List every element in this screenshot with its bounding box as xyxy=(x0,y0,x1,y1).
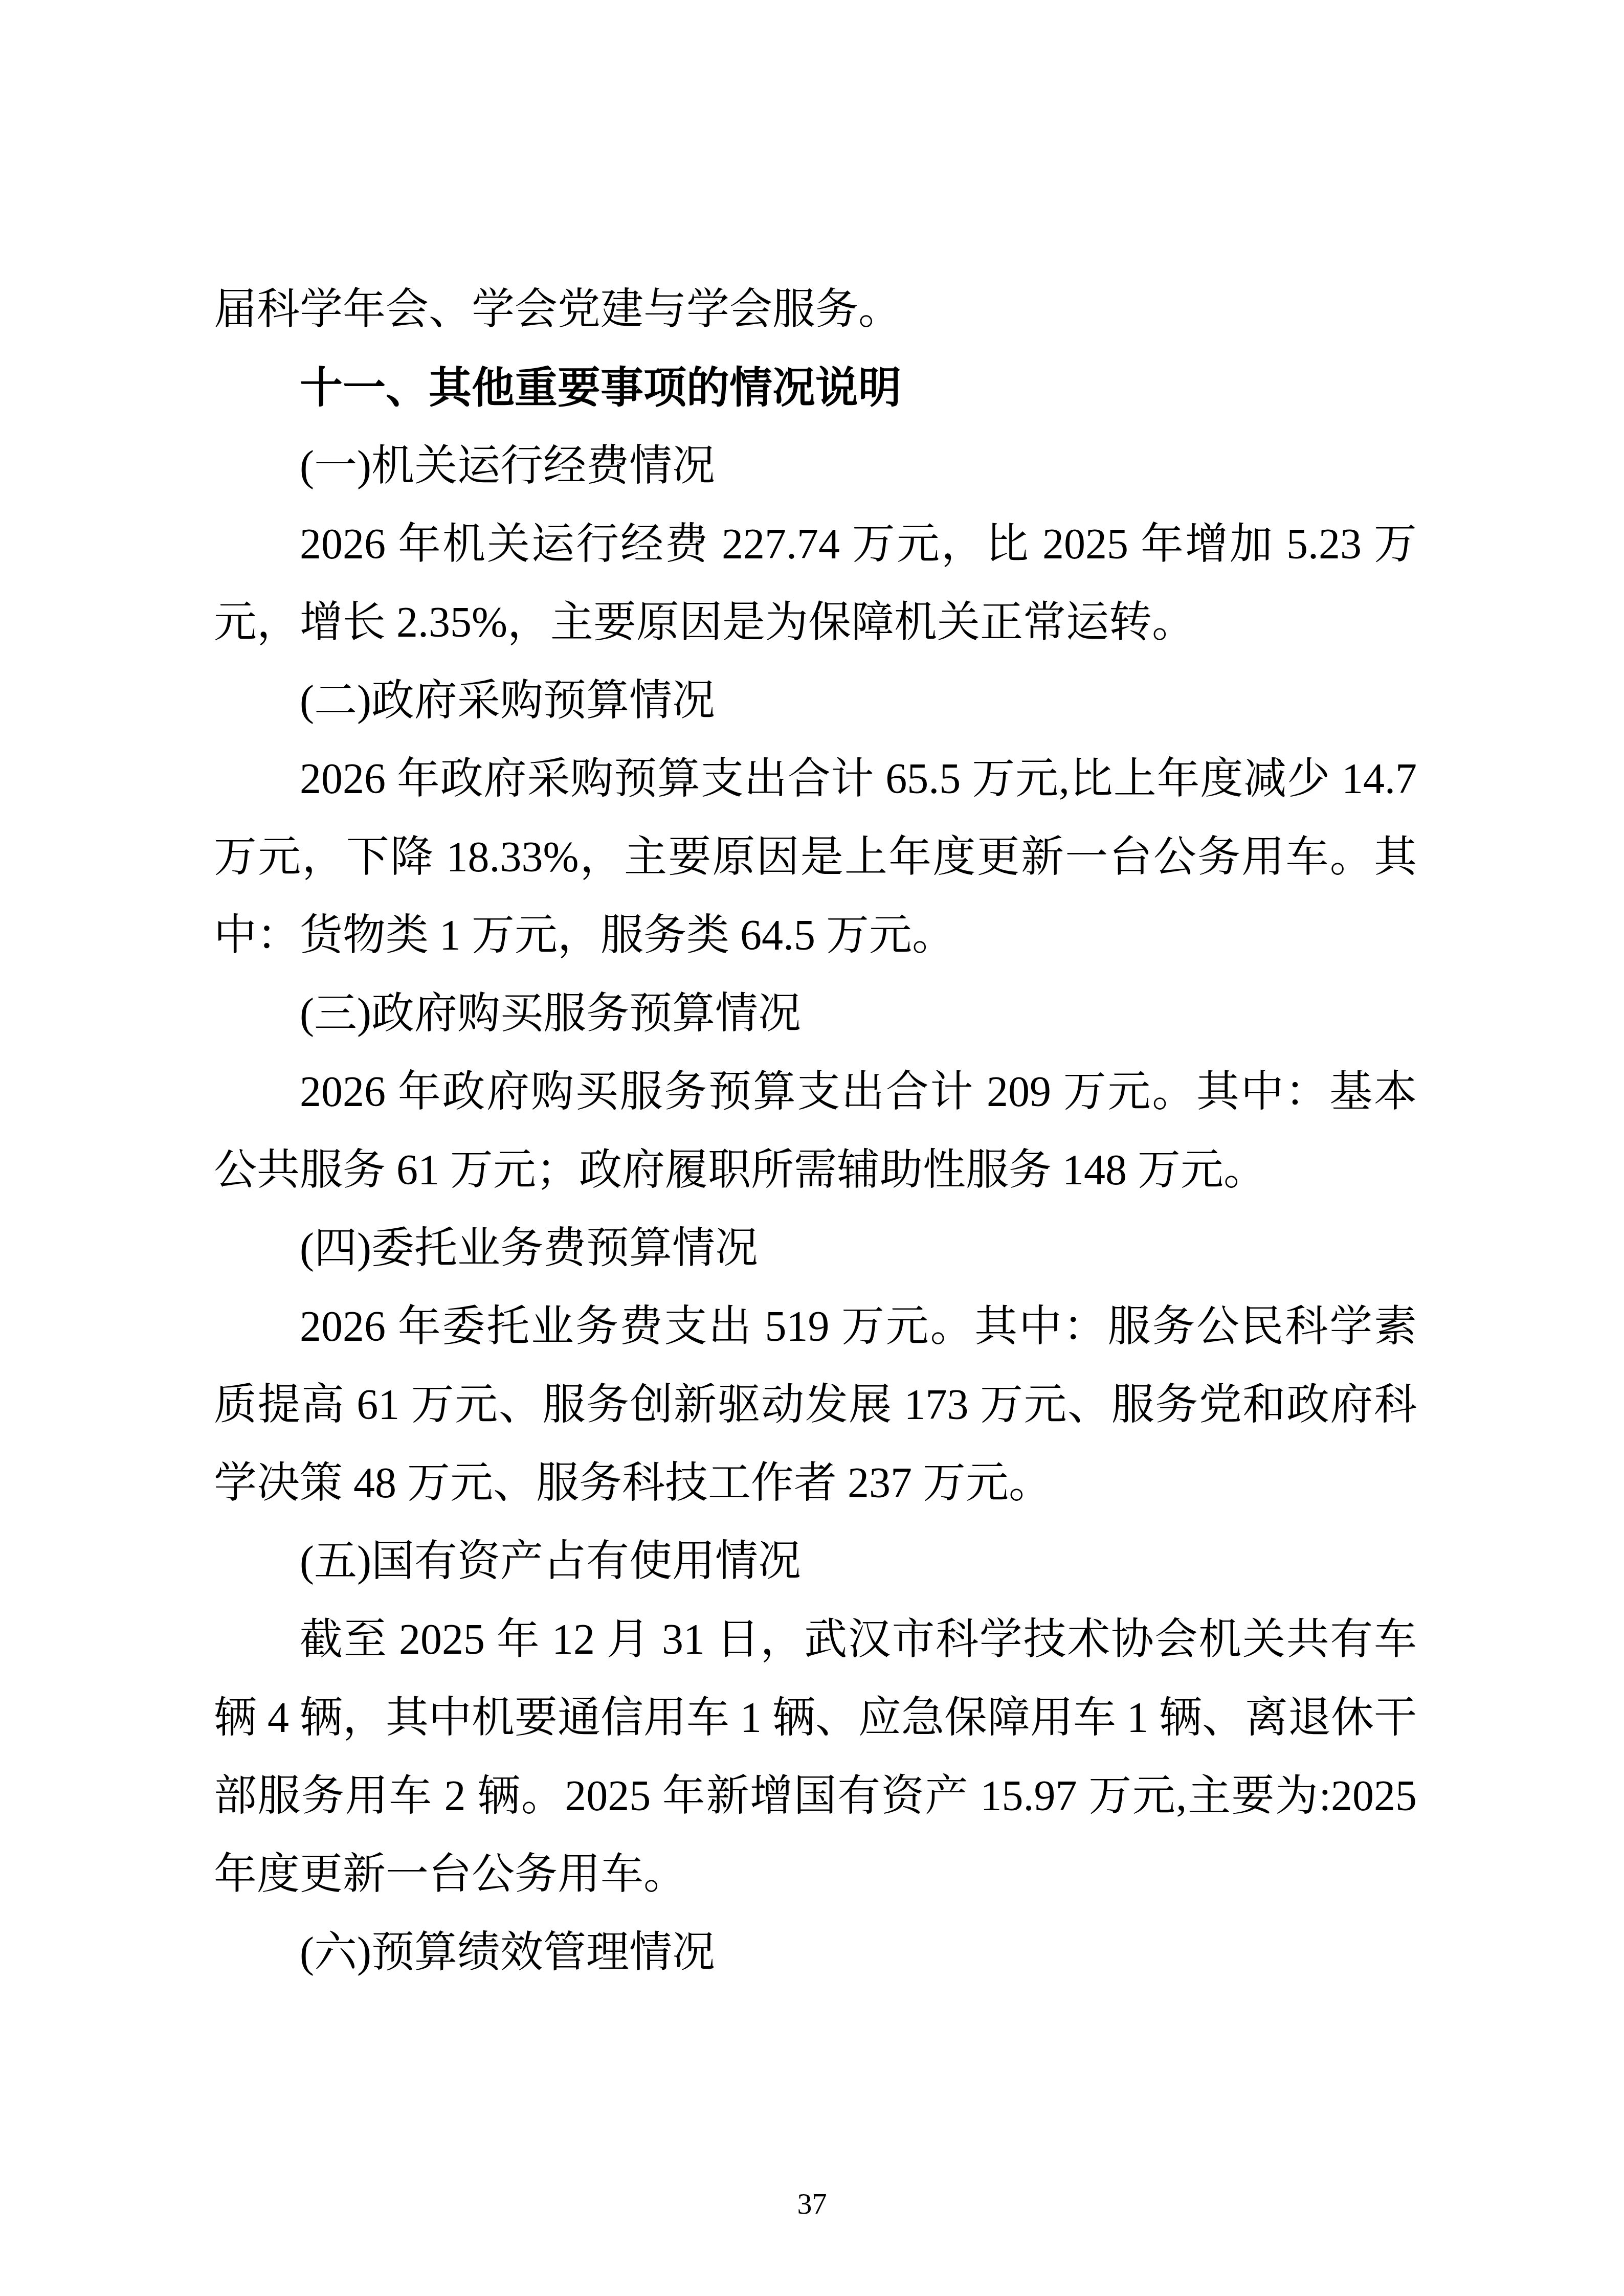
para-5-line-2: 辆 4 辆，其中机要通信用车 1 辆、应急保障用车 1 辆、离退休干 xyxy=(214,1679,1417,1757)
section-heading-11: 十一、其他重要事项的情况说明 xyxy=(214,349,1417,427)
para-3-line-2: 公共服务 61 万元；政府履职所需辅助性服务 148 万元。 xyxy=(214,1131,1417,1209)
para-carryover-line: 届科学年会、学会党建与学会服务。 xyxy=(214,271,1417,349)
para-2-line-3: 中：货物类 1 万元，服务类 64.5 万元。 xyxy=(214,896,1417,975)
para-2-line-1: 2026 年政府采购预算支出合计 65.5 万元,比上年度减少 14.7 xyxy=(214,740,1417,818)
para-1-line-1: 2026 年机关运行经费 227.74 万元，比 2025 年增加 5.23 万 xyxy=(214,505,1417,583)
subsection-heading-2: (二)政府采购预算情况 xyxy=(214,662,1417,740)
para-1-line-2: 元，增长 2.35%，主要原因是为保障机关正常运转。 xyxy=(214,583,1417,662)
para-5-line-4: 年度更新一台公务用车。 xyxy=(214,1835,1417,1914)
subsection-heading-1: (一)机关运行经费情况 xyxy=(214,427,1417,505)
document-body: 届科学年会、学会党建与学会服务。 十一、其他重要事项的情况说明 (一)机关运行经… xyxy=(214,271,1417,1992)
para-4-line-3: 学决策 48 万元、服务科技工作者 237 万元。 xyxy=(214,1444,1417,1522)
para-5-line-3: 部服务用车 2 辆。2025 年新增国有资产 15.97 万元,主要为:2025 xyxy=(214,1757,1417,1835)
para-5-line-1: 截至 2025 年 12 月 31 日，武汉市科学技术协会机关共有车 xyxy=(214,1601,1417,1679)
subsection-heading-6: (六)预算绩效管理情况 xyxy=(214,1914,1417,1992)
para-2-line-2: 万元，下降 18.33%，主要原因是上年度更新一台公务用车。其 xyxy=(214,818,1417,896)
subsection-heading-4: (四)委托业务费预算情况 xyxy=(214,1209,1417,1288)
para-4-line-2: 质提高 61 万元、服务创新驱动发展 173 万元、服务党和政府科 xyxy=(214,1366,1417,1444)
para-3-line-1: 2026 年政府购买服务预算支出合计 209 万元。其中：基本 xyxy=(214,1053,1417,1131)
subsection-heading-3: (三)政府购买服务预算情况 xyxy=(214,975,1417,1053)
page-number: 37 xyxy=(0,2176,1624,2232)
document-page: 届科学年会、学会党建与学会服务。 十一、其他重要事项的情况说明 (一)机关运行经… xyxy=(0,0,1624,2296)
subsection-heading-5: (五)国有资产占有使用情况 xyxy=(214,1522,1417,1601)
para-4-line-1: 2026 年委托业务费支出 519 万元。其中：服务公民科学素 xyxy=(214,1288,1417,1366)
